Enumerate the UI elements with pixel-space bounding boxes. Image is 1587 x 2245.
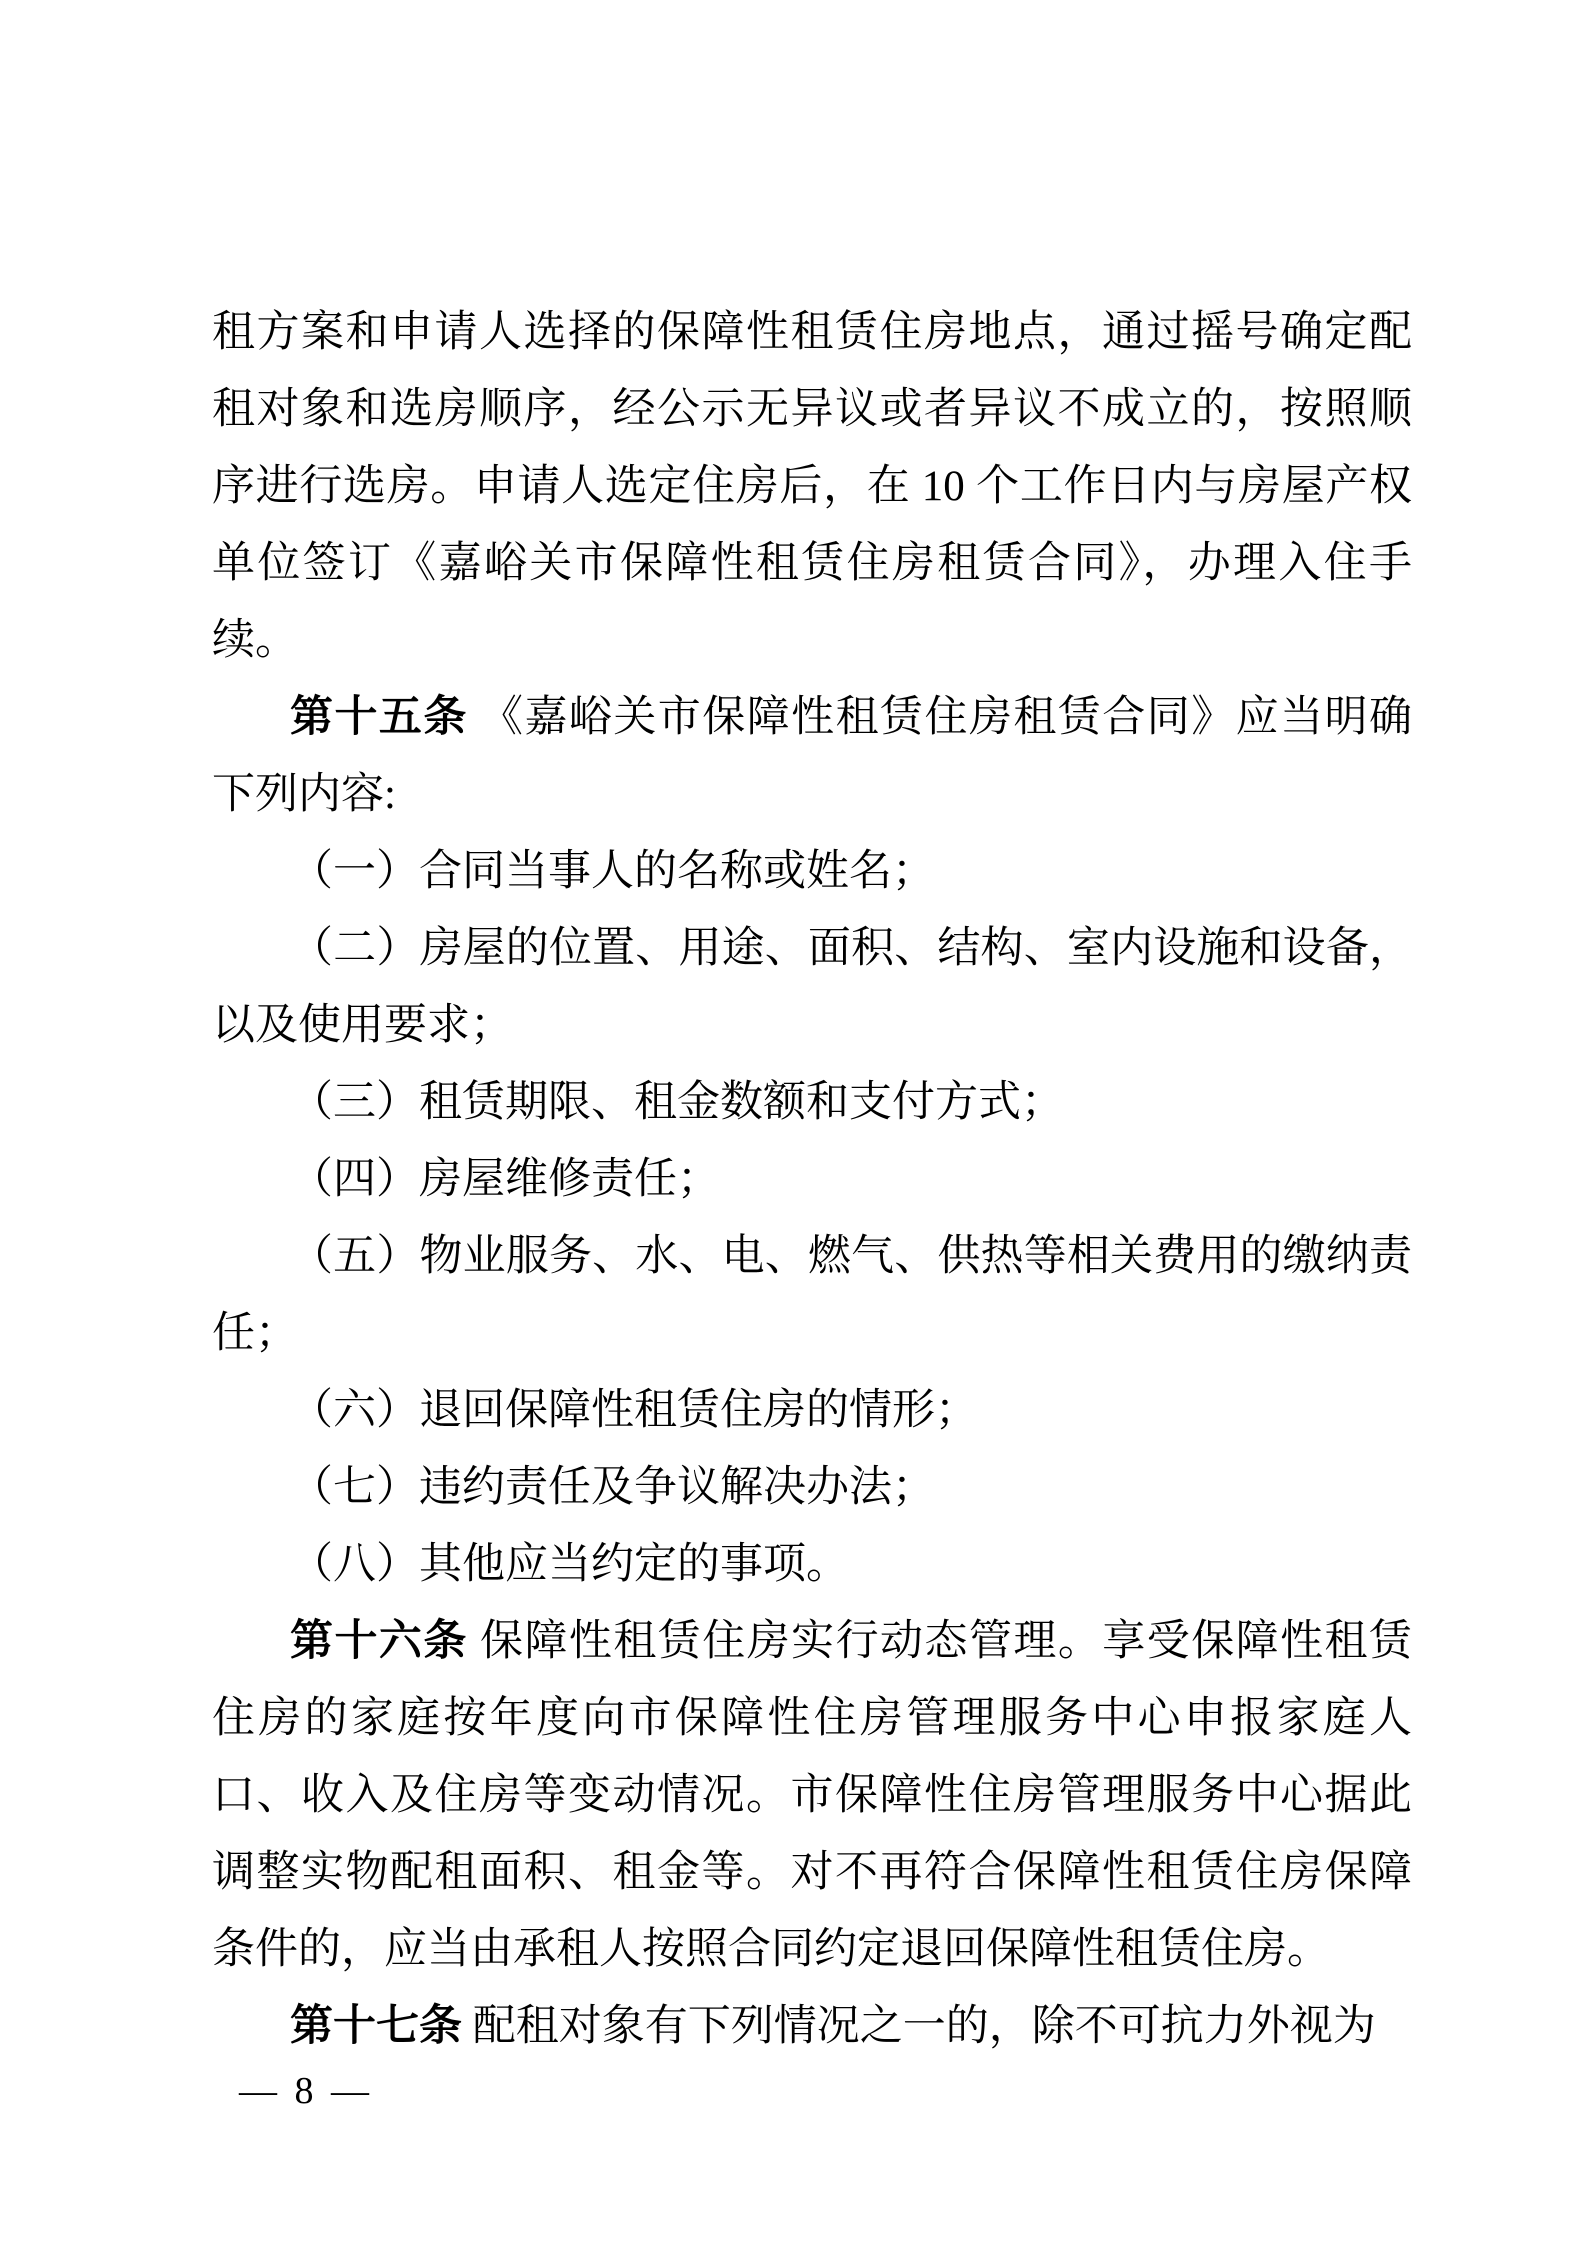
paragraph-text: （六）退回保障性租赁住房的情形； — [290, 1387, 978, 1434]
paragraph: （七）违约责任及争议解决办法； — [212, 1449, 1412, 1526]
article-number: 第十六条 — [290, 1617, 468, 1665]
page-footer: — 8 — — [212, 2022, 373, 2114]
paragraph-text: （四）房屋维修责任； — [290, 1156, 720, 1203]
paragraph: （三）租赁期限、租金数额和支付方式； — [212, 1064, 1412, 1141]
paragraph: 租方案和申请人选择的保障性租赁住房地点，通过摇号确定配租对象和选房顺序，经公示无… — [212, 294, 1412, 679]
paragraph: （五）物业服务、水、电、燃气、供热等相关费用的缴纳责任； — [212, 1218, 1412, 1372]
paragraph-text: （一）合同当事人的名称或姓名； — [290, 848, 935, 895]
paragraph-text: （二）房屋的位置、用途、面积、结构、室内设施和设备，以及使用要求； — [212, 925, 1412, 1049]
document-body: 租方案和申请人选择的保障性租赁住房地点，通过摇号确定配租对象和选房顺序，经公示无… — [212, 294, 1412, 2065]
paragraph: 第十六条 保障性租赁住房实行动态管理。享受保障性租赁住房的家庭按年度向市保障性住… — [212, 1603, 1412, 1988]
document-page: { "meta": { "background_color": "#ffffff… — [0, 0, 1587, 2245]
paragraph: （一）合同当事人的名称或姓名； — [212, 833, 1412, 910]
paragraph: 第十五条 《嘉峪关市保障性租赁住房租赁合同》应当明确下列内容: — [212, 679, 1412, 833]
paragraph-text: 配租对象有下列情况之一的，除不可抗力外视为 — [462, 2003, 1376, 2050]
paragraph: （八）其他应当约定的事项。 — [212, 1526, 1412, 1603]
paragraph-text: （八）其他应当约定的事项。 — [290, 1541, 849, 1588]
paragraph: 第十七条 配租对象有下列情况之一的，除不可抗力外视为 — [212, 1988, 1412, 2065]
paragraph-text: （三）租赁期限、租金数额和支付方式； — [290, 1079, 1064, 1126]
paragraph: （六）退回保障性租赁住房的情形； — [212, 1372, 1412, 1449]
paragraph-text: 保障性租赁住房实行动态管理。享受保障性租赁住房的家庭按年度向市保障性住房管理服务… — [212, 1618, 1412, 1973]
article-number: 第十五条 — [290, 693, 468, 741]
paragraph: （四）房屋维修责任； — [212, 1141, 1412, 1218]
paragraph: （二）房屋的位置、用途、面积、结构、室内设施和设备，以及使用要求； — [212, 910, 1412, 1064]
page-number: — 8 — — [239, 2070, 373, 2112]
paragraph-text: （五）物业服务、水、电、燃气、供热等相关费用的缴纳责任； — [212, 1233, 1412, 1357]
paragraph-text: （七）违约责任及争议解决办法； — [290, 1464, 935, 1511]
paragraph-text: 租方案和申请人选择的保障性租赁住房地点，通过摇号确定配租对象和选房顺序，经公示无… — [212, 309, 1412, 664]
